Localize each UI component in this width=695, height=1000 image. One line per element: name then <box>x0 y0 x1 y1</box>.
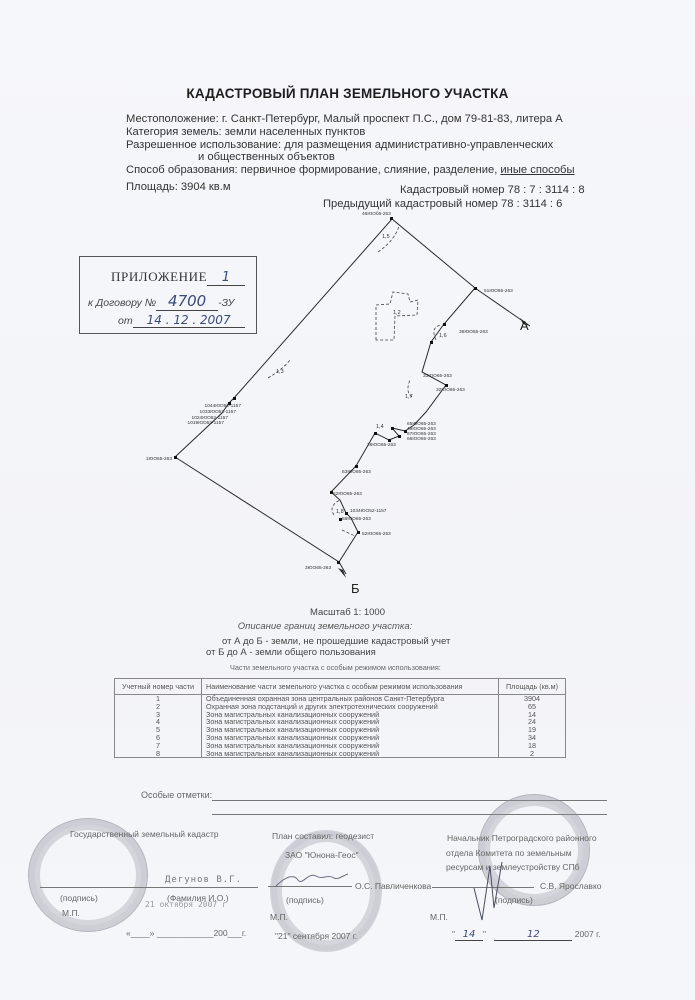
point-label: 3ЮО65-263 <box>305 565 331 571</box>
point-label: 66ЮО65-263 <box>407 436 436 442</box>
cadastre-signature-line <box>40 887 258 888</box>
part-label: 1,4 <box>376 424 384 430</box>
surveyor-title: План составил: геодезист <box>272 831 374 841</box>
point-label: 52ЮО65-263 <box>362 531 391 537</box>
point-label: 28ЮО65-263 <box>367 442 396 448</box>
point-label: 33ЮО65-263 <box>423 373 452 379</box>
point-label: 32ЮО65-263 <box>436 387 465 393</box>
surveyor-sign-caption: (подпись) <box>286 895 324 905</box>
point-label: 36ЮО65-263 <box>459 329 488 335</box>
point-label: 1044ЮО52-1157 <box>205 403 242 409</box>
chief-signature-icon <box>468 858 508 928</box>
table-header: Учетный номер части Наименование части з… <box>115 679 566 695</box>
surveyor-signature-icon <box>272 868 352 890</box>
boundaries-heading: Описание границ земельного участка: <box>0 621 650 632</box>
boundary-south <box>175 457 346 574</box>
cadastre-seal-mark: М.П. <box>62 908 80 918</box>
boundary-b-a: от Б до А - земли общего пользования <box>206 647 376 658</box>
cadastre-stamp-date: 21 октября 2007 г <box>145 900 227 909</box>
zone-outlines <box>268 226 441 536</box>
cadastre-sign-caption: (подпись) <box>60 893 98 903</box>
col-header-name: Наименование части земельного участка с … <box>202 679 499 695</box>
parts-table-caption: Части земельного участка с особым режимо… <box>230 663 441 672</box>
boundary-east <box>414 288 475 425</box>
chief-sign-caption: (подпись) <box>495 895 533 905</box>
part-label: 1,6 <box>439 333 447 339</box>
chief-seal-mark: М.П. <box>430 912 448 922</box>
parts-table: Учетный номер части Наименование части з… <box>114 678 566 758</box>
point-markers <box>174 217 477 564</box>
surveyor-date: "21" сентября 2007 г. <box>275 931 357 941</box>
special-notes-label: Особые отметки: <box>141 790 212 800</box>
point-label: 51ЮО65-263 <box>484 288 513 294</box>
cadastre-date-line: «____» ____________200___г. <box>126 928 246 938</box>
surveyor-company: ЗАО "Юнона-Геос" <box>285 850 359 860</box>
cadastre-title: Государственный земельный кадастр <box>70 829 219 839</box>
chief-title-line1: Начальник Петроградского районного <box>447 833 597 843</box>
zone-1-4-edge <box>342 530 355 536</box>
surveyor-seal-mark: М.П. <box>270 912 288 922</box>
chief-date: "14" 12 2007 г. <box>452 929 601 941</box>
point-label: 1019ЮО52-1157 <box>188 420 225 426</box>
point-label: 63ЮО65-263 <box>342 469 371 475</box>
part-label: 1,7 <box>405 394 413 400</box>
point-label: 62ЮО65-263 <box>333 491 362 497</box>
part-label: 1,3 <box>276 369 284 375</box>
table-row: 8Зона магистральных канализационных соор… <box>115 750 566 758</box>
point-label: 46ЮОб5-263 <box>362 211 391 217</box>
direction-b-label: Б <box>351 581 360 596</box>
boundary-north <box>175 219 530 457</box>
zone-1-2 <box>376 292 418 340</box>
point-label: 1034ЮО52-1157 <box>350 508 387 514</box>
point-label: 58ЮО65-263 <box>342 516 371 522</box>
col-header-number: Учетный номер части <box>115 679 202 695</box>
chief-name: С.В. Ярославко <box>540 881 601 891</box>
point-labels: 46ЮОб5-263 51ЮО65-263 36ЮО65-263 33ЮО65-… <box>146 211 513 571</box>
chief-title-line2: отдела Комитета по земельным <box>446 848 572 858</box>
part-label: 1,2 <box>393 310 401 316</box>
point-label: 1ЮО65-263 <box>146 456 172 462</box>
chief-title-line3: ресурсам и землеустройству СПб <box>446 862 580 872</box>
part-label: 1,5 <box>382 234 390 240</box>
point-label: 1033ЮО52-1157 <box>200 409 237 415</box>
arrow-b-icon <box>338 568 346 578</box>
scale: Масштаб 1: 1000 <box>0 607 695 618</box>
col-header-area: Площадь (кв.м) <box>499 679 566 695</box>
cadastral-plan-diagram: 46ЮОб5-263 51ЮО65-263 36ЮО65-263 33ЮО65-… <box>0 0 695 620</box>
boundary-a-b: от А до Б - земли, не прошедшие кадастро… <box>222 636 450 647</box>
surveyor-name: О.С. Павличенкова <box>355 881 431 891</box>
cadastre-name: Дегунов В.Г. <box>165 875 242 885</box>
direction-a-label: А <box>520 318 529 333</box>
part-label: 1,8 <box>336 509 344 515</box>
